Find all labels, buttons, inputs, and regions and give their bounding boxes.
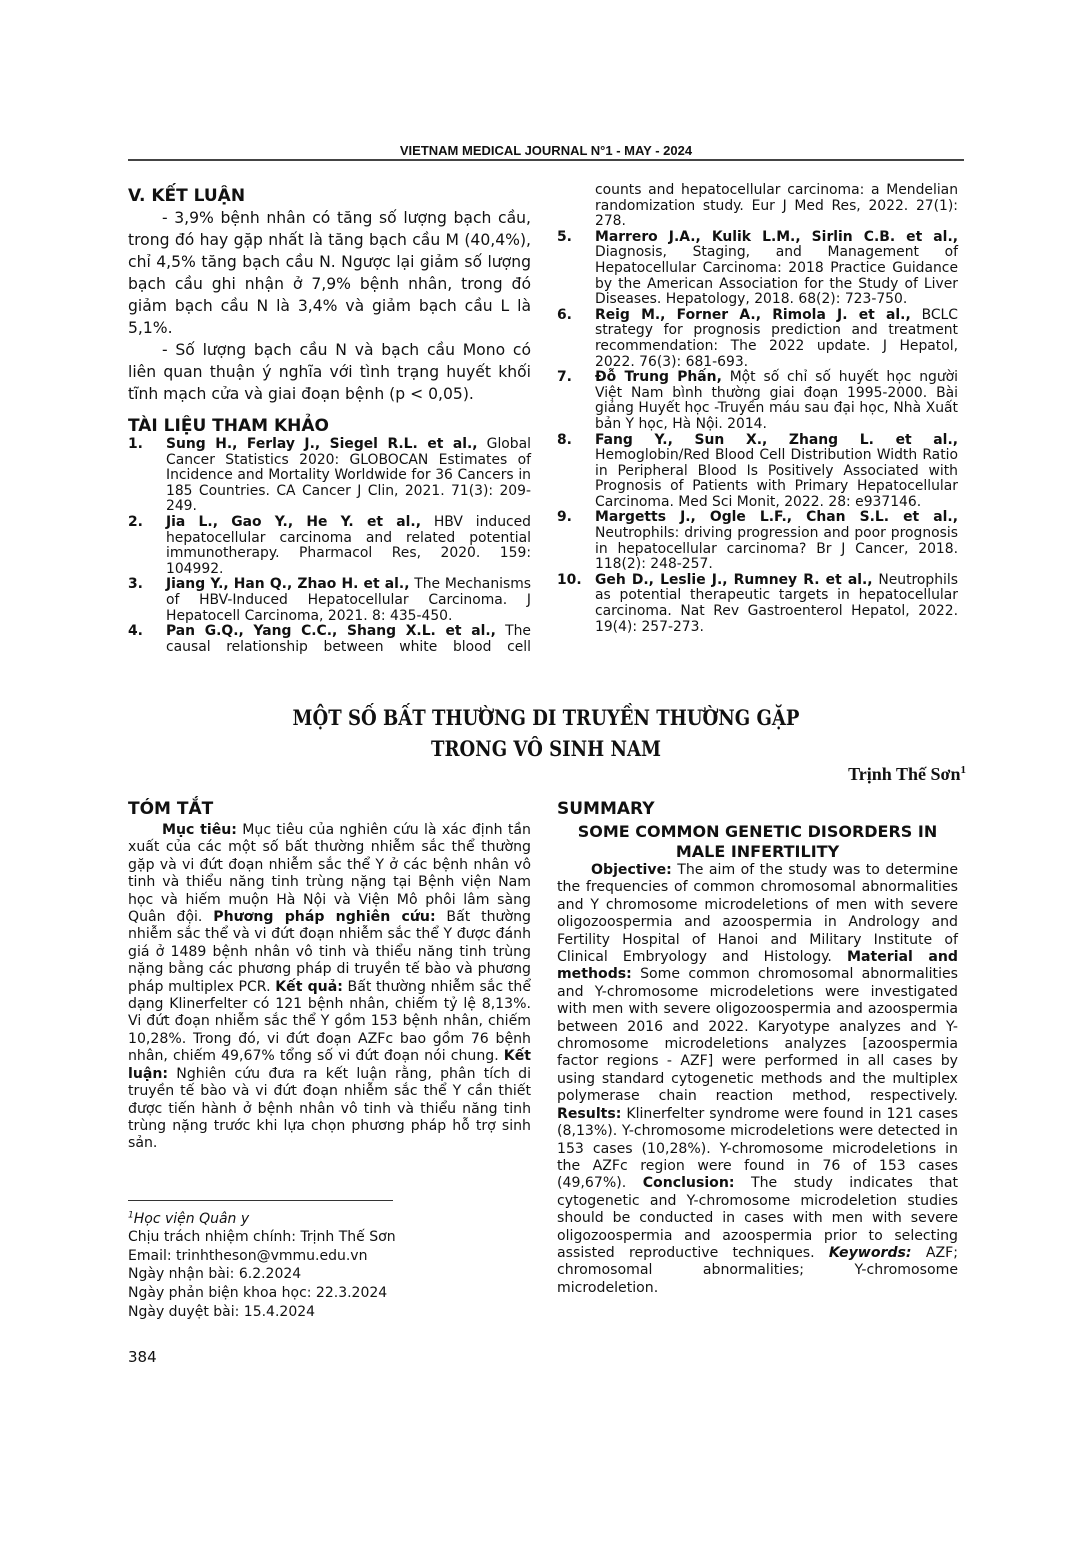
abstract-vi-body: Mục tiêu: Mục tiêu của nghiên cứu là xác…: [128, 822, 531, 1153]
reference-authors: Geh D., Leslie J., Rumney R. et al.,: [595, 572, 873, 588]
reference-item: 3. Jiang Y., Han Q., Zhao H. et al., The…: [128, 577, 531, 624]
reference-item: 8. Fang Y., Sun X., Zhang L. et al., Hem…: [557, 433, 958, 511]
footnote-affiliation: 1Học viện Quân y: [128, 1206, 396, 1228]
abstract-en-body: Objective: The aim of the study was to d…: [557, 862, 958, 1297]
article-title: MỘT SỐ BẤT THƯỜNG DI TRUYỀN THƯỜNG GẶP T…: [187, 702, 906, 764]
footnote: 1Học viện Quân y Chịu trách nhiệm chính:…: [128, 1206, 396, 1321]
article-title-line-1: MỘT SỐ BẤT THƯỜNG DI TRUYỀN THƯỜNG GẶP: [187, 702, 906, 733]
reference-item: 6. Reig M., Forner A., Rimola J. et al.,…: [557, 308, 958, 370]
section-heading-references: TÀI LIỆU THAM KHẢO: [128, 415, 531, 437]
reference-number: 10.: [557, 573, 595, 635]
section-heading-conclusion: V. KẾT LUẬN: [128, 185, 531, 207]
reference-body: Đỗ Trung Phấn, Một số chỉ số huyết học n…: [595, 370, 958, 432]
reference-authors: Sung H., Ferlay J., Siegel R.L. et al.,: [166, 436, 478, 452]
results-label: Results:: [557, 1106, 621, 1122]
right-column-top: counts and hepatocellular carcinoma: a M…: [557, 183, 958, 635]
reference-authors: Jia L., Gao Y., He Y. et al.,: [166, 514, 421, 530]
reference-authors: Marrero J.A., Kulik L.M., Sirlin C.B. et…: [595, 229, 958, 245]
reference-list-left: 1. Sung H., Ferlay J., Siegel R.L. et al…: [128, 437, 531, 655]
footnote-responsible: Chịu trách nhiệm chính: Trịnh Thế Sơn: [128, 1228, 396, 1247]
footnote-email: Email: trinhtheson@vmmu.edu.vn: [128, 1247, 396, 1266]
conclusion-label: Conclusion:: [643, 1175, 735, 1191]
reference-item-continued: counts and hepatocellular carcinoma: a M…: [557, 183, 958, 230]
summary-title: SOME COMMON GENETIC DISORDERS IN MALE IN…: [557, 822, 958, 862]
reference-body: Jia L., Gao Y., He Y. et al., HBV induce…: [166, 515, 531, 577]
reference-number: 7.: [557, 370, 595, 432]
abstract-vi-heading: TÓM TẮT: [128, 798, 531, 820]
footnote-received-date: Ngày nhận bài: 6.2.2024: [128, 1265, 396, 1284]
reference-body: Fang Y., Sun X., Zhang L. et al., Hemogl…: [595, 433, 958, 511]
reference-authors: Pan G.Q., Yang C.C., Shang X.L. et al.,: [166, 623, 496, 639]
methods-text: Some common chromosomal abnormalities an…: [557, 966, 958, 1104]
reference-number: 1.: [128, 437, 166, 515]
reference-authors: Margetts J., Ogle L.F., Chan S.L. et al.…: [595, 509, 958, 525]
conclusion-paragraph-2: - Số lượng bạch cầu N và bạch cầu Mono c…: [128, 339, 531, 405]
keywords-label: Keywords:: [829, 1245, 912, 1261]
author-name: Trịnh Thế Sơn: [848, 764, 960, 784]
affiliation-text: Học viện Quân y: [134, 1211, 249, 1227]
footnote-rule: [128, 1200, 393, 1201]
reference-body: counts and hepatocellular carcinoma: a M…: [595, 183, 958, 230]
article-author: Trịnh Thế Sơn1: [848, 764, 966, 785]
reference-authors: Fang Y., Sun X., Zhang L. et al.,: [595, 432, 958, 448]
reference-body: Margetts J., Ogle L.F., Chan S.L. et al.…: [595, 510, 958, 572]
conclusion-paragraph-1: - 3,9% bệnh nhân có tăng số lượng bạch c…: [128, 207, 531, 339]
author-affiliation-marker: 1: [961, 764, 967, 776]
reference-text: Neutrophils: driving progression and poo…: [595, 525, 958, 572]
reference-item: 1. Sung H., Ferlay J., Siegel R.L. et al…: [128, 437, 531, 515]
reference-number: 3.: [128, 577, 166, 624]
left-column-top: V. KẾT LUẬN - 3,9% bệnh nhân có tăng số …: [128, 185, 531, 655]
reference-authors: Đỗ Trung Phấn,: [595, 369, 722, 385]
article-title-line-2: TRONG VÔ SINH NAM: [187, 733, 906, 764]
reference-item: 10. Geh D., Leslie J., Rumney R. et al.,…: [557, 573, 958, 635]
reference-number: 8.: [557, 433, 595, 511]
reference-body: Geh D., Leslie J., Rumney R. et al., Neu…: [595, 573, 958, 635]
page-number: 384: [128, 1348, 157, 1366]
objective-label: Mục tiêu:: [162, 822, 237, 838]
journal-header: VIETNAM MEDICAL JOURNAL N°1 - MAY - 2024: [128, 143, 964, 158]
results-label: Kết quả:: [275, 979, 343, 995]
reference-text: counts and hepatocellular carcinoma: a M…: [595, 182, 958, 229]
methods-label: Phương pháp nghiên cứu:: [213, 909, 435, 925]
reference-list-right: counts and hepatocellular carcinoma: a M…: [557, 183, 958, 635]
summary-heading: SUMMARY: [557, 798, 958, 820]
reference-number: [557, 183, 595, 230]
reference-item: 5. Marrero J.A., Kulik L.M., Sirlin C.B.…: [557, 230, 958, 308]
reference-text: Diagnosis, Staging, and Management of He…: [595, 244, 958, 307]
objective-label: Objective:: [591, 862, 672, 878]
reference-number: 2.: [128, 515, 166, 577]
reference-number: 9.: [557, 510, 595, 572]
reference-item: 4. Pan G.Q., Yang C.C., Shang X.L. et al…: [128, 624, 531, 655]
conclusion-text: Nghiên cứu đưa ra kết luận rằng, phân tí…: [128, 1066, 531, 1152]
reference-item: 9. Margetts J., Ogle L.F., Chan S.L. et …: [557, 510, 958, 572]
reference-body: Jiang Y., Han Q., Zhao H. et al., The Me…: [166, 577, 531, 624]
reference-body: Marrero J.A., Kulik L.M., Sirlin C.B. et…: [595, 230, 958, 308]
reference-item: 7. Đỗ Trung Phấn, Một số chỉ số huyết họ…: [557, 370, 958, 432]
header-rule: [128, 159, 964, 161]
reference-authors: Jiang Y., Han Q., Zhao H. et al.,: [166, 576, 409, 592]
reference-text: Hemoglobin/Red Blood Cell Distribution W…: [595, 447, 958, 510]
reference-body: Pan G.Q., Yang C.C., Shang X.L. et al., …: [166, 624, 531, 655]
reference-number: 6.: [557, 308, 595, 370]
reference-body: Sung H., Ferlay J., Siegel R.L. et al., …: [166, 437, 531, 515]
reference-number: 4.: [128, 624, 166, 655]
abstract-vietnamese: TÓM TẮT Mục tiêu: Mục tiêu của nghiên cứ…: [128, 798, 531, 1153]
footnote-accepted-date: Ngày duyệt bài: 15.4.2024: [128, 1303, 396, 1322]
reference-item: 2. Jia L., Gao Y., He Y. et al., HBV ind…: [128, 515, 531, 577]
reference-authors: Reig M., Forner A., Rimola J. et al.,: [595, 307, 911, 323]
reference-number: 5.: [557, 230, 595, 308]
reference-body: Reig M., Forner A., Rimola J. et al., BC…: [595, 308, 958, 370]
abstract-english: SUMMARY SOME COMMON GENETIC DISORDERS IN…: [557, 798, 958, 1297]
footnote-review-date: Ngày phản biện khoa học: 22.3.2024: [128, 1284, 396, 1303]
